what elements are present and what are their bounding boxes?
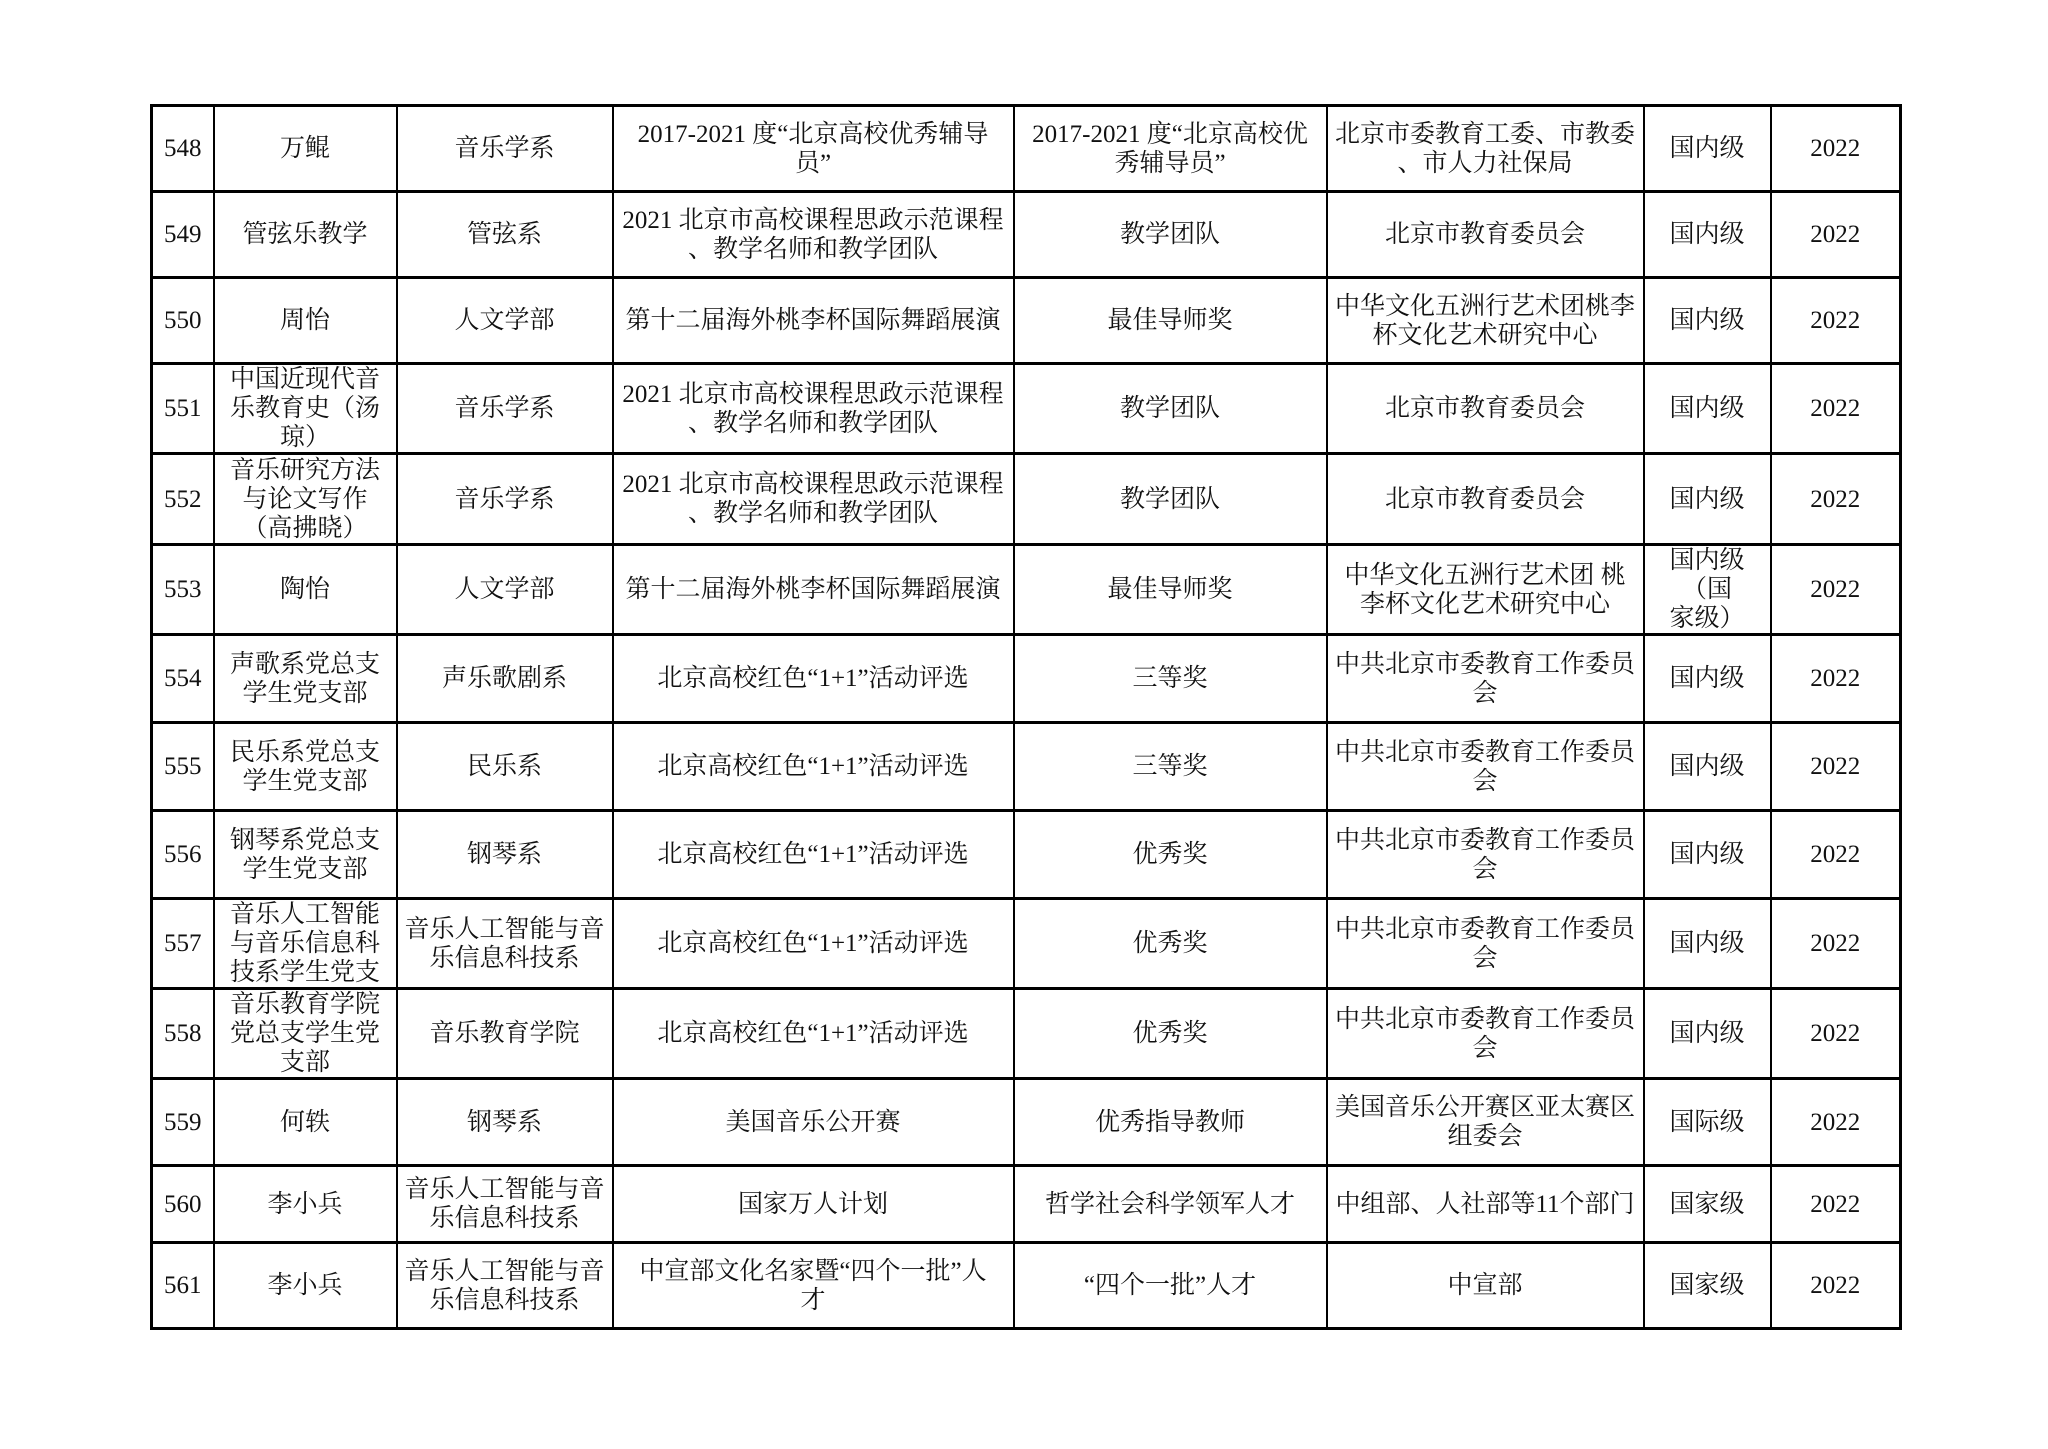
cell-issuer: 中共北京市委教育工作委员 会 [1327,723,1644,811]
cell-department: 音乐人工智能与音 乐信息科技系 [397,1166,613,1243]
cell-issuer: 北京市委教育工委、市教委 、市人力社保局 [1327,106,1644,192]
cell-level: 国内级 [1644,192,1771,278]
table-row: 553陶怡人文学部第十二届海外桃李杯国际舞蹈展演最佳导师奖中华文化五洲行艺术团 … [152,545,1901,635]
cell-name: 音乐人工智能 与音乐信息科 技系学生党支 [214,899,397,989]
cell-award: “四个一批”人才 [1014,1243,1327,1329]
cell-level: 国家级 [1644,1166,1771,1243]
cell-year: 2022 [1771,635,1901,723]
cell-project: 美国音乐公开赛 [613,1079,1014,1166]
table-row: 550周怡人文学部第十二届海外桃李杯国际舞蹈展演最佳导师奖中华文化五洲行艺术团桃… [152,278,1901,364]
cell-department: 钢琴系 [397,1079,613,1166]
cell-project: 北京高校红色“1+1”活动评选 [613,989,1014,1079]
cell-award: 2017-2021 度“北京高校优 秀辅导员” [1014,106,1327,192]
table-row: 556钢琴系党总支 学生党支部钢琴系北京高校红色“1+1”活动评选优秀奖中共北京… [152,811,1901,899]
table-row: 560李小兵音乐人工智能与音 乐信息科技系国家万人计划哲学社会科学领军人才中组部… [152,1166,1901,1243]
cell-name: 中国近现代音 乐教育史（汤 琼） [214,364,397,454]
cell-project: 2021 北京市高校课程思政示范课程 、教学名师和教学团队 [613,454,1014,545]
cell-department: 音乐人工智能与音 乐信息科技系 [397,899,613,989]
cell-name: 管弦乐教学 [214,192,397,278]
cell-level: 国内级 [1644,811,1771,899]
cell-project: 中宣部文化名家暨“四个一批”人 才 [613,1243,1014,1329]
table-row: 559何轶钢琴系美国音乐公开赛优秀指导教师美国音乐公开赛区亚太赛区 组委会国际级… [152,1079,1901,1166]
cell-issuer: 中共北京市委教育工作委员 会 [1327,811,1644,899]
cell-name: 声歌系党总支 学生党支部 [214,635,397,723]
cell-department: 人文学部 [397,278,613,364]
cell-award: 优秀指导教师 [1014,1079,1327,1166]
cell-project: 北京高校红色“1+1”活动评选 [613,723,1014,811]
table-row: 555民乐系党总支 学生党支部民乐系北京高校红色“1+1”活动评选三等奖中共北京… [152,723,1901,811]
cell-year: 2022 [1771,811,1901,899]
cell-level: 国内级 [1644,635,1771,723]
cell-award: 教学团队 [1014,454,1327,545]
cell-name: 李小兵 [214,1166,397,1243]
cell-issuer: 北京市教育委员会 [1327,192,1644,278]
cell-seq: 548 [152,106,214,192]
cell-seq: 556 [152,811,214,899]
cell-award: 最佳导师奖 [1014,278,1327,364]
table-row: 552音乐研究方法 与论文写作 （高拂晓）音乐学系2021 北京市高校课程思政示… [152,454,1901,545]
cell-seq: 553 [152,545,214,635]
document-page: 548万鲲音乐学系2017-2021 度“北京高校优秀辅导 员”2017-202… [0,0,2048,1449]
cell-seq: 551 [152,364,214,454]
cell-seq: 550 [152,278,214,364]
table-row: 558音乐教育学院 党总支学生党 支部音乐教育学院北京高校红色“1+1”活动评选… [152,989,1901,1079]
cell-project: 北京高校红色“1+1”活动评选 [613,899,1014,989]
cell-seq: 555 [152,723,214,811]
cell-name: 民乐系党总支 学生党支部 [214,723,397,811]
table-row: 548万鲲音乐学系2017-2021 度“北京高校优秀辅导 员”2017-202… [152,106,1901,192]
cell-project: 第十二届海外桃李杯国际舞蹈展演 [613,545,1014,635]
cell-project: 2021 北京市高校课程思政示范课程 、教学名师和教学团队 [613,192,1014,278]
cell-award: 三等奖 [1014,635,1327,723]
cell-level: 国际级 [1644,1079,1771,1166]
cell-year: 2022 [1771,1243,1901,1329]
cell-name: 音乐研究方法 与论文写作 （高拂晓） [214,454,397,545]
cell-year: 2022 [1771,723,1901,811]
cell-issuer: 中共北京市委教育工作委员 会 [1327,989,1644,1079]
cell-award: 最佳导师奖 [1014,545,1327,635]
cell-level: 国家级 [1644,1243,1771,1329]
cell-level: 国内级 [1644,278,1771,364]
cell-seq: 549 [152,192,214,278]
table-row: 551中国近现代音 乐教育史（汤 琼）音乐学系2021 北京市高校课程思政示范课… [152,364,1901,454]
cell-name: 周怡 [214,278,397,364]
cell-project: 2021 北京市高校课程思政示范课程 、教学名师和教学团队 [613,364,1014,454]
cell-year: 2022 [1771,989,1901,1079]
cell-year: 2022 [1771,1166,1901,1243]
cell-year: 2022 [1771,545,1901,635]
cell-name: 音乐教育学院 党总支学生党 支部 [214,989,397,1079]
cell-project: 北京高校红色“1+1”活动评选 [613,635,1014,723]
cell-project: 2017-2021 度“北京高校优秀辅导 员” [613,106,1014,192]
cell-award: 教学团队 [1014,192,1327,278]
cell-seq: 561 [152,1243,214,1329]
cell-award: 三等奖 [1014,723,1327,811]
cell-department: 音乐学系 [397,454,613,545]
cell-project: 第十二届海外桃李杯国际舞蹈展演 [613,278,1014,364]
cell-award: 优秀奖 [1014,899,1327,989]
cell-seq: 559 [152,1079,214,1166]
cell-issuer: 北京市教育委员会 [1327,364,1644,454]
cell-issuer: 中组部、人社部等11个部门 [1327,1166,1644,1243]
awards-table: 548万鲲音乐学系2017-2021 度“北京高校优秀辅导 员”2017-202… [150,104,1902,1330]
cell-issuer: 中华文化五洲行艺术团桃李 杯文化艺术研究中心 [1327,278,1644,364]
cell-issuer: 北京市教育委员会 [1327,454,1644,545]
cell-year: 2022 [1771,278,1901,364]
cell-department: 音乐学系 [397,364,613,454]
cell-department: 音乐人工智能与音 乐信息科技系 [397,1243,613,1329]
cell-name: 陶怡 [214,545,397,635]
cell-project: 国家万人计划 [613,1166,1014,1243]
cell-level: 国内级 [1644,899,1771,989]
cell-level: 国内级 [1644,723,1771,811]
cell-year: 2022 [1771,1079,1901,1166]
cell-seq: 554 [152,635,214,723]
cell-year: 2022 [1771,192,1901,278]
cell-issuer: 中宣部 [1327,1243,1644,1329]
cell-seq: 558 [152,989,214,1079]
cell-seq: 560 [152,1166,214,1243]
cell-project: 北京高校红色“1+1”活动评选 [613,811,1014,899]
cell-level: 国内级 [1644,454,1771,545]
table-row: 561李小兵音乐人工智能与音 乐信息科技系中宣部文化名家暨“四个一批”人 才“四… [152,1243,1901,1329]
cell-year: 2022 [1771,106,1901,192]
cell-seq: 552 [152,454,214,545]
cell-department: 钢琴系 [397,811,613,899]
cell-level: 国内级 [1644,364,1771,454]
cell-name: 钢琴系党总支 学生党支部 [214,811,397,899]
cell-department: 民乐系 [397,723,613,811]
table-row: 557音乐人工智能 与音乐信息科 技系学生党支音乐人工智能与音 乐信息科技系北京… [152,899,1901,989]
cell-level: 国内级（国 家级） [1644,545,1771,635]
cell-seq: 557 [152,899,214,989]
cell-issuer: 中共北京市委教育工作委员 会 [1327,635,1644,723]
cell-year: 2022 [1771,899,1901,989]
cell-issuer: 中华文化五洲行艺术团 桃 李杯文化艺术研究中心 [1327,545,1644,635]
cell-issuer: 美国音乐公开赛区亚太赛区 组委会 [1327,1079,1644,1166]
cell-department: 管弦系 [397,192,613,278]
table-row: 554声歌系党总支 学生党支部声乐歌剧系北京高校红色“1+1”活动评选三等奖中共… [152,635,1901,723]
awards-table-body: 548万鲲音乐学系2017-2021 度“北京高校优秀辅导 员”2017-202… [152,106,1901,1329]
cell-name: 万鲲 [214,106,397,192]
cell-issuer: 中共北京市委教育工作委员 会 [1327,899,1644,989]
cell-award: 教学团队 [1014,364,1327,454]
cell-award: 优秀奖 [1014,811,1327,899]
cell-name: 何轶 [214,1079,397,1166]
cell-department: 人文学部 [397,545,613,635]
cell-department: 声乐歌剧系 [397,635,613,723]
cell-year: 2022 [1771,454,1901,545]
cell-award: 哲学社会科学领军人才 [1014,1166,1327,1243]
cell-level: 国内级 [1644,106,1771,192]
cell-department: 音乐学系 [397,106,613,192]
cell-award: 优秀奖 [1014,989,1327,1079]
cell-name: 李小兵 [214,1243,397,1329]
cell-level: 国内级 [1644,989,1771,1079]
table-row: 549管弦乐教学管弦系2021 北京市高校课程思政示范课程 、教学名师和教学团队… [152,192,1901,278]
cell-year: 2022 [1771,364,1901,454]
cell-department: 音乐教育学院 [397,989,613,1079]
